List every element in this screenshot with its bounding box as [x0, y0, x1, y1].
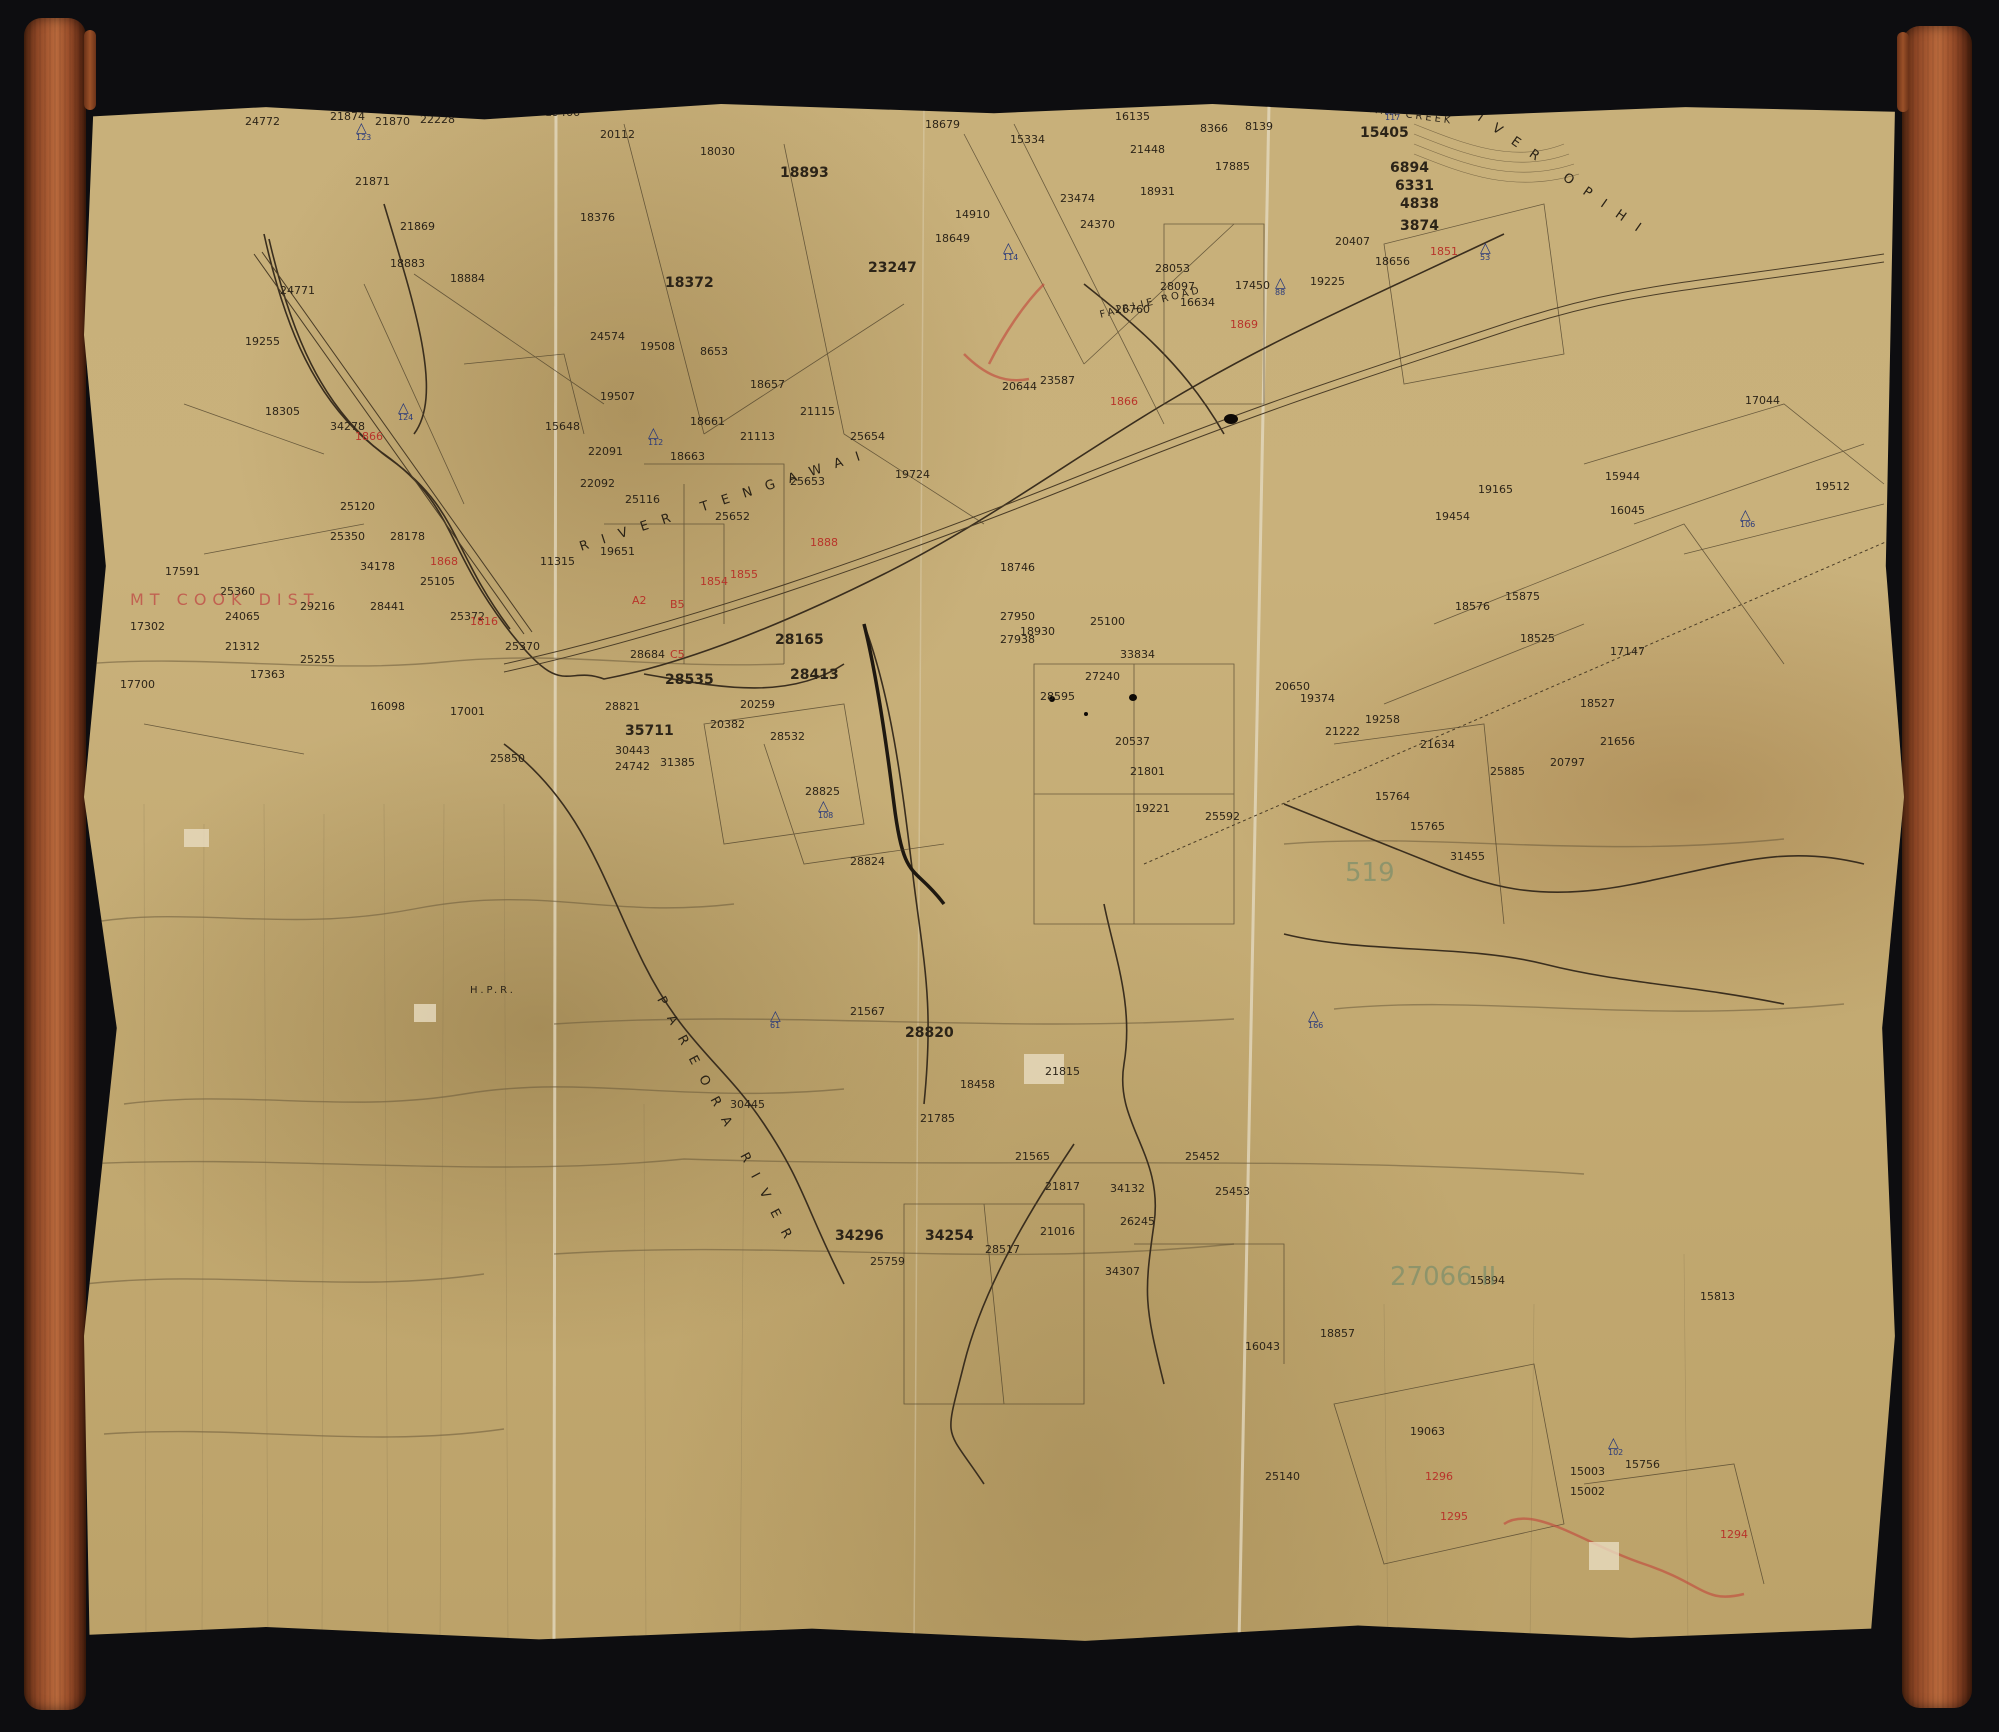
trig-station-label: 106	[1740, 520, 1755, 529]
parcel-number: 19063	[1410, 1425, 1445, 1438]
parcel-number: 11315	[540, 555, 575, 568]
parcel-number: 19507	[600, 390, 635, 403]
parcel-number: 28595	[1040, 690, 1075, 703]
right-wooden-roller	[1902, 26, 1972, 1708]
parcel-number: 21222	[1325, 725, 1360, 738]
parcel-number: 6331	[1395, 178, 1434, 194]
parcel-number: 21871	[355, 175, 390, 188]
parcel-number: 19466	[545, 106, 580, 119]
left-roller-collar	[84, 30, 96, 110]
trig-station-icon: △88	[1275, 275, 1286, 297]
parcel-number: 18679	[925, 118, 960, 131]
parcel-number: 20644	[1002, 380, 1037, 393]
parcel-number: 25116	[625, 493, 660, 506]
parcel-number: 18857	[1320, 1327, 1355, 1340]
pencil-annotation: 519	[1345, 858, 1395, 888]
red-annotation: A2	[632, 594, 647, 607]
trig-station-icon: △102	[1608, 1435, 1623, 1457]
parcel-number: 15756	[1625, 1458, 1660, 1471]
parcel-number: 18527	[1580, 697, 1615, 710]
parcel-number: 21016	[1040, 1225, 1075, 1238]
fold-lines	[554, 104, 1269, 1644]
parcel-number: 26245	[1120, 1215, 1155, 1228]
parcel-number: 24370	[1080, 218, 1115, 231]
parcel-number: 27240	[1085, 670, 1120, 683]
trig-station-label: 112	[648, 438, 663, 447]
parcel-number: 21656	[1600, 735, 1635, 748]
parcel-number: 18893	[780, 165, 829, 181]
parcel-number: 24742	[615, 760, 650, 773]
parcel-number: 17591	[165, 565, 200, 578]
parcel-number: 21817	[1045, 1180, 1080, 1193]
parcel-number: 20382	[710, 718, 745, 731]
parcel-number: 20259	[740, 698, 775, 711]
parcel-number: 21312	[225, 640, 260, 653]
roads	[254, 252, 1904, 864]
parcel-number: 8139	[1245, 120, 1273, 133]
trig-station-label: 166	[1308, 1021, 1323, 1030]
red-annotation: 1866	[355, 430, 383, 443]
parcel-number: 14910	[955, 208, 990, 221]
ink-blot	[1129, 694, 1137, 701]
parcel-number: 18525	[1520, 632, 1555, 645]
parcel-number: 23474	[1060, 192, 1095, 205]
trig-station-label: 124	[398, 413, 413, 422]
parcel-number: 18372	[665, 275, 714, 291]
paper-loss	[1589, 1542, 1619, 1570]
parcel-number: 25105	[420, 575, 455, 588]
parcel-number: 23247	[868, 260, 917, 276]
parcel-number: 19225	[1310, 275, 1345, 288]
parcel-number: 28532	[770, 730, 805, 743]
parcel-number: 21567	[850, 1005, 885, 1018]
parcel-number: 25885	[1490, 765, 1525, 778]
parcel-number: 17147	[1610, 645, 1645, 658]
parcel-number: 25140	[1265, 1470, 1300, 1483]
trig-station-icon: △108	[818, 798, 833, 820]
parcel-number: 16045	[1610, 504, 1645, 517]
parcel-number: 28824	[850, 855, 885, 868]
red-annotation: 1295	[1440, 1510, 1468, 1523]
parcel-number: 25120	[340, 500, 375, 513]
trig-station-icon: △53	[1480, 240, 1491, 262]
red-annotation: 1296	[1425, 1470, 1453, 1483]
parcel-number: 28820	[905, 1025, 954, 1041]
parcel-number: 28178	[390, 530, 425, 543]
parcel-number: 17700	[120, 678, 155, 691]
parcel-boundaries	[144, 124, 1884, 1584]
parcel-number: 28165	[775, 632, 824, 648]
parcel-number: 27950	[1000, 610, 1035, 623]
red-annotation: 1866	[1110, 395, 1138, 408]
trig-station-label: 108	[818, 811, 833, 820]
parcel-number: 15334	[1010, 133, 1045, 146]
parcel-number: 19255	[245, 335, 280, 348]
trig-station-label: 123	[356, 133, 371, 142]
parcel-number: 19221	[1135, 802, 1170, 815]
parcel-number: 8366	[1200, 122, 1228, 135]
parcel-number: 21448	[1130, 143, 1165, 156]
parcel-number: 21113	[740, 430, 775, 443]
trig-station-label: 102	[1608, 1448, 1623, 1457]
trig-station-icon: △117	[1385, 100, 1400, 122]
parcel-number: 21869	[400, 220, 435, 233]
red-annotation: 1888	[810, 536, 838, 549]
parcel-number: 31455	[1450, 850, 1485, 863]
ink-blot	[1084, 712, 1088, 716]
trig-station-icon: △112	[648, 425, 663, 447]
parcel-number: 25370	[505, 640, 540, 653]
parcel-number: 3874	[1400, 218, 1439, 234]
parcel-number: 21785	[920, 1112, 955, 1125]
parcel-number: 20797	[1550, 756, 1585, 769]
red-annotation: C5	[670, 648, 685, 661]
parcel-number: 34132	[1110, 1182, 1145, 1195]
parcel-number: 17044	[1745, 394, 1780, 407]
trig-station-icon: △166	[1308, 1008, 1323, 1030]
parcel-number: 15764	[1375, 790, 1410, 803]
trig-station-icon: △61	[770, 1008, 781, 1030]
parcel-number: 21115	[800, 405, 835, 418]
parcel-number: 18657	[750, 378, 785, 391]
district-label: MT COOK DIST	[130, 590, 320, 609]
parcel-number: 34178	[360, 560, 395, 573]
parcel-number: 22091	[588, 445, 623, 458]
parcel-number: 15944	[1605, 470, 1640, 483]
red-annotation: 1851	[1430, 245, 1458, 258]
parcel-number: 18661	[690, 415, 725, 428]
paper-loss	[1774, 1644, 1814, 1669]
parcel-number: 19724	[895, 468, 930, 481]
parcel-number: 15405	[1360, 125, 1409, 141]
right-roller-collar	[1897, 32, 1909, 112]
parcel-number: 24771	[280, 284, 315, 297]
parcel-number: 18884	[450, 272, 485, 285]
parcel-number: 33834	[1120, 648, 1155, 661]
parcel-number: 6894	[1390, 160, 1429, 176]
red-annotation: 1854	[700, 575, 728, 588]
parcel-number: 24772	[245, 115, 280, 128]
parcel-number: 16135	[1115, 110, 1150, 123]
parcel-number: 15648	[545, 420, 580, 433]
parcel-number: 18649	[935, 232, 970, 245]
parcel-number: 18576	[1455, 600, 1490, 613]
parcel-number: 19512	[1815, 480, 1850, 493]
parcel-number: 25350	[330, 530, 365, 543]
trig-station-label: 117	[1385, 113, 1400, 122]
parcel-number: 18656	[1375, 255, 1410, 268]
trig-station-icon: △114	[1003, 240, 1018, 262]
red-annotation: 1869	[1230, 318, 1258, 331]
parcel-number: 15002	[1570, 1485, 1605, 1498]
pencil-annotation: 27066 II	[1390, 1262, 1496, 1292]
parcel-number: 19165	[1478, 483, 1513, 496]
parcel-number: 22228	[420, 113, 455, 126]
left-wooden-roller	[24, 18, 86, 1710]
parcel-number: 24574	[590, 330, 625, 343]
parcel-number: 34254	[925, 1228, 974, 1244]
trig-station-label: 114	[1003, 253, 1018, 262]
parcel-number: 18883	[390, 257, 425, 270]
parcel-number: 28517	[985, 1243, 1020, 1256]
parcel-number: 18931	[1140, 185, 1175, 198]
parcel-number: 21870	[375, 115, 410, 128]
parcel-number: 18663	[670, 450, 705, 463]
parcel-number: 30445	[730, 1098, 765, 1111]
parcel-number: 23587	[1040, 374, 1075, 387]
parcel-number: 28821	[605, 700, 640, 713]
red-annotation: B5	[670, 598, 685, 611]
red-annotation: 1294	[1720, 1528, 1748, 1541]
feature-label: H.P.R.	[470, 985, 516, 996]
parcel-number: 20112	[600, 128, 635, 141]
parcel-number: 20650	[1275, 680, 1310, 693]
parcel-number: 20537	[1115, 735, 1150, 748]
parcel-number: 25255	[300, 653, 335, 666]
red-annotation: 1855	[730, 568, 758, 581]
trig-station-label: 88	[1275, 288, 1286, 297]
parcel-number: 18305	[265, 405, 300, 418]
parcel-number: 18376	[580, 211, 615, 224]
parcel-number: 17302	[130, 620, 165, 633]
parcel-number: 21801	[1130, 765, 1165, 778]
parcel-number: 28413	[790, 667, 839, 683]
trig-station-icon: △124	[398, 400, 413, 422]
parcel-number: 21634	[1420, 738, 1455, 751]
map-sheet: 2477221874218702222819466201121803018893…	[84, 104, 1904, 1644]
paper-loss	[414, 1004, 436, 1022]
parcel-number: 25654	[850, 430, 885, 443]
parcel-number: 25652	[715, 510, 750, 523]
trig-station-label: 61	[770, 1021, 781, 1030]
parcel-number: 18458	[960, 1078, 995, 1091]
parcel-number: 28053	[1155, 262, 1190, 275]
red-annotation: 1816	[470, 615, 498, 628]
trig-station-icon: △123	[356, 120, 371, 142]
parcel-number: 24065	[225, 610, 260, 623]
parcel-number: 25100	[1090, 615, 1125, 628]
parcel-number: 4838	[1400, 196, 1439, 212]
craquelure	[84, 658, 1844, 1437]
parcel-number: 18746	[1000, 561, 1035, 574]
ink-blot	[1224, 414, 1238, 424]
parcel-number: 20407	[1335, 235, 1370, 248]
parcel-number: 17450	[1235, 279, 1270, 292]
parcel-number: 25850	[490, 752, 525, 765]
parcel-number: 21815	[1045, 1065, 1080, 1078]
parcel-number: 27938	[1000, 633, 1035, 646]
trig-station-icon: △106	[1740, 507, 1755, 529]
red-annotation: 1868	[430, 555, 458, 568]
parcel-number: 25759	[870, 1255, 905, 1268]
map-linework	[84, 104, 1904, 1644]
parcel-number: 19374	[1300, 692, 1335, 705]
parcel-number: 17885	[1215, 160, 1250, 173]
parcel-number: 8653	[700, 345, 728, 358]
parcel-number: 31385	[660, 756, 695, 769]
parcel-number: 19258	[1365, 713, 1400, 726]
parcel-number: 28441	[370, 600, 405, 613]
parcel-number: 21565	[1015, 1150, 1050, 1163]
parcel-number: 15813	[1700, 1290, 1735, 1303]
parcel-number: 30443	[615, 744, 650, 757]
parcel-number: 25453	[1215, 1185, 1250, 1198]
parcel-number: 17363	[250, 668, 285, 681]
parcel-number: 15765	[1410, 820, 1445, 833]
parcel-number: 16098	[370, 700, 405, 713]
parcel-number: 19454	[1435, 510, 1470, 523]
parcel-number: 34307	[1105, 1265, 1140, 1278]
parcel-number: 17001	[450, 705, 485, 718]
trig-station-label: 53	[1480, 253, 1491, 262]
parcel-number: 35711	[625, 723, 674, 739]
parcel-number: 34296	[835, 1228, 884, 1244]
parcel-number: 22092	[580, 477, 615, 490]
parcel-number: 16043	[1245, 1340, 1280, 1353]
parcel-number: 28825	[805, 785, 840, 798]
parcel-number: 15875	[1505, 590, 1540, 603]
parcel-number: 18030	[700, 145, 735, 158]
parcel-number: 28684	[630, 648, 665, 661]
parcel-number: 19508	[640, 340, 675, 353]
parcel-number: 25592	[1205, 810, 1240, 823]
parcel-number: 25452	[1185, 1150, 1220, 1163]
parcel-number: 15003	[1570, 1465, 1605, 1478]
parcel-number: 28535	[665, 672, 714, 688]
paper-loss	[184, 829, 209, 847]
